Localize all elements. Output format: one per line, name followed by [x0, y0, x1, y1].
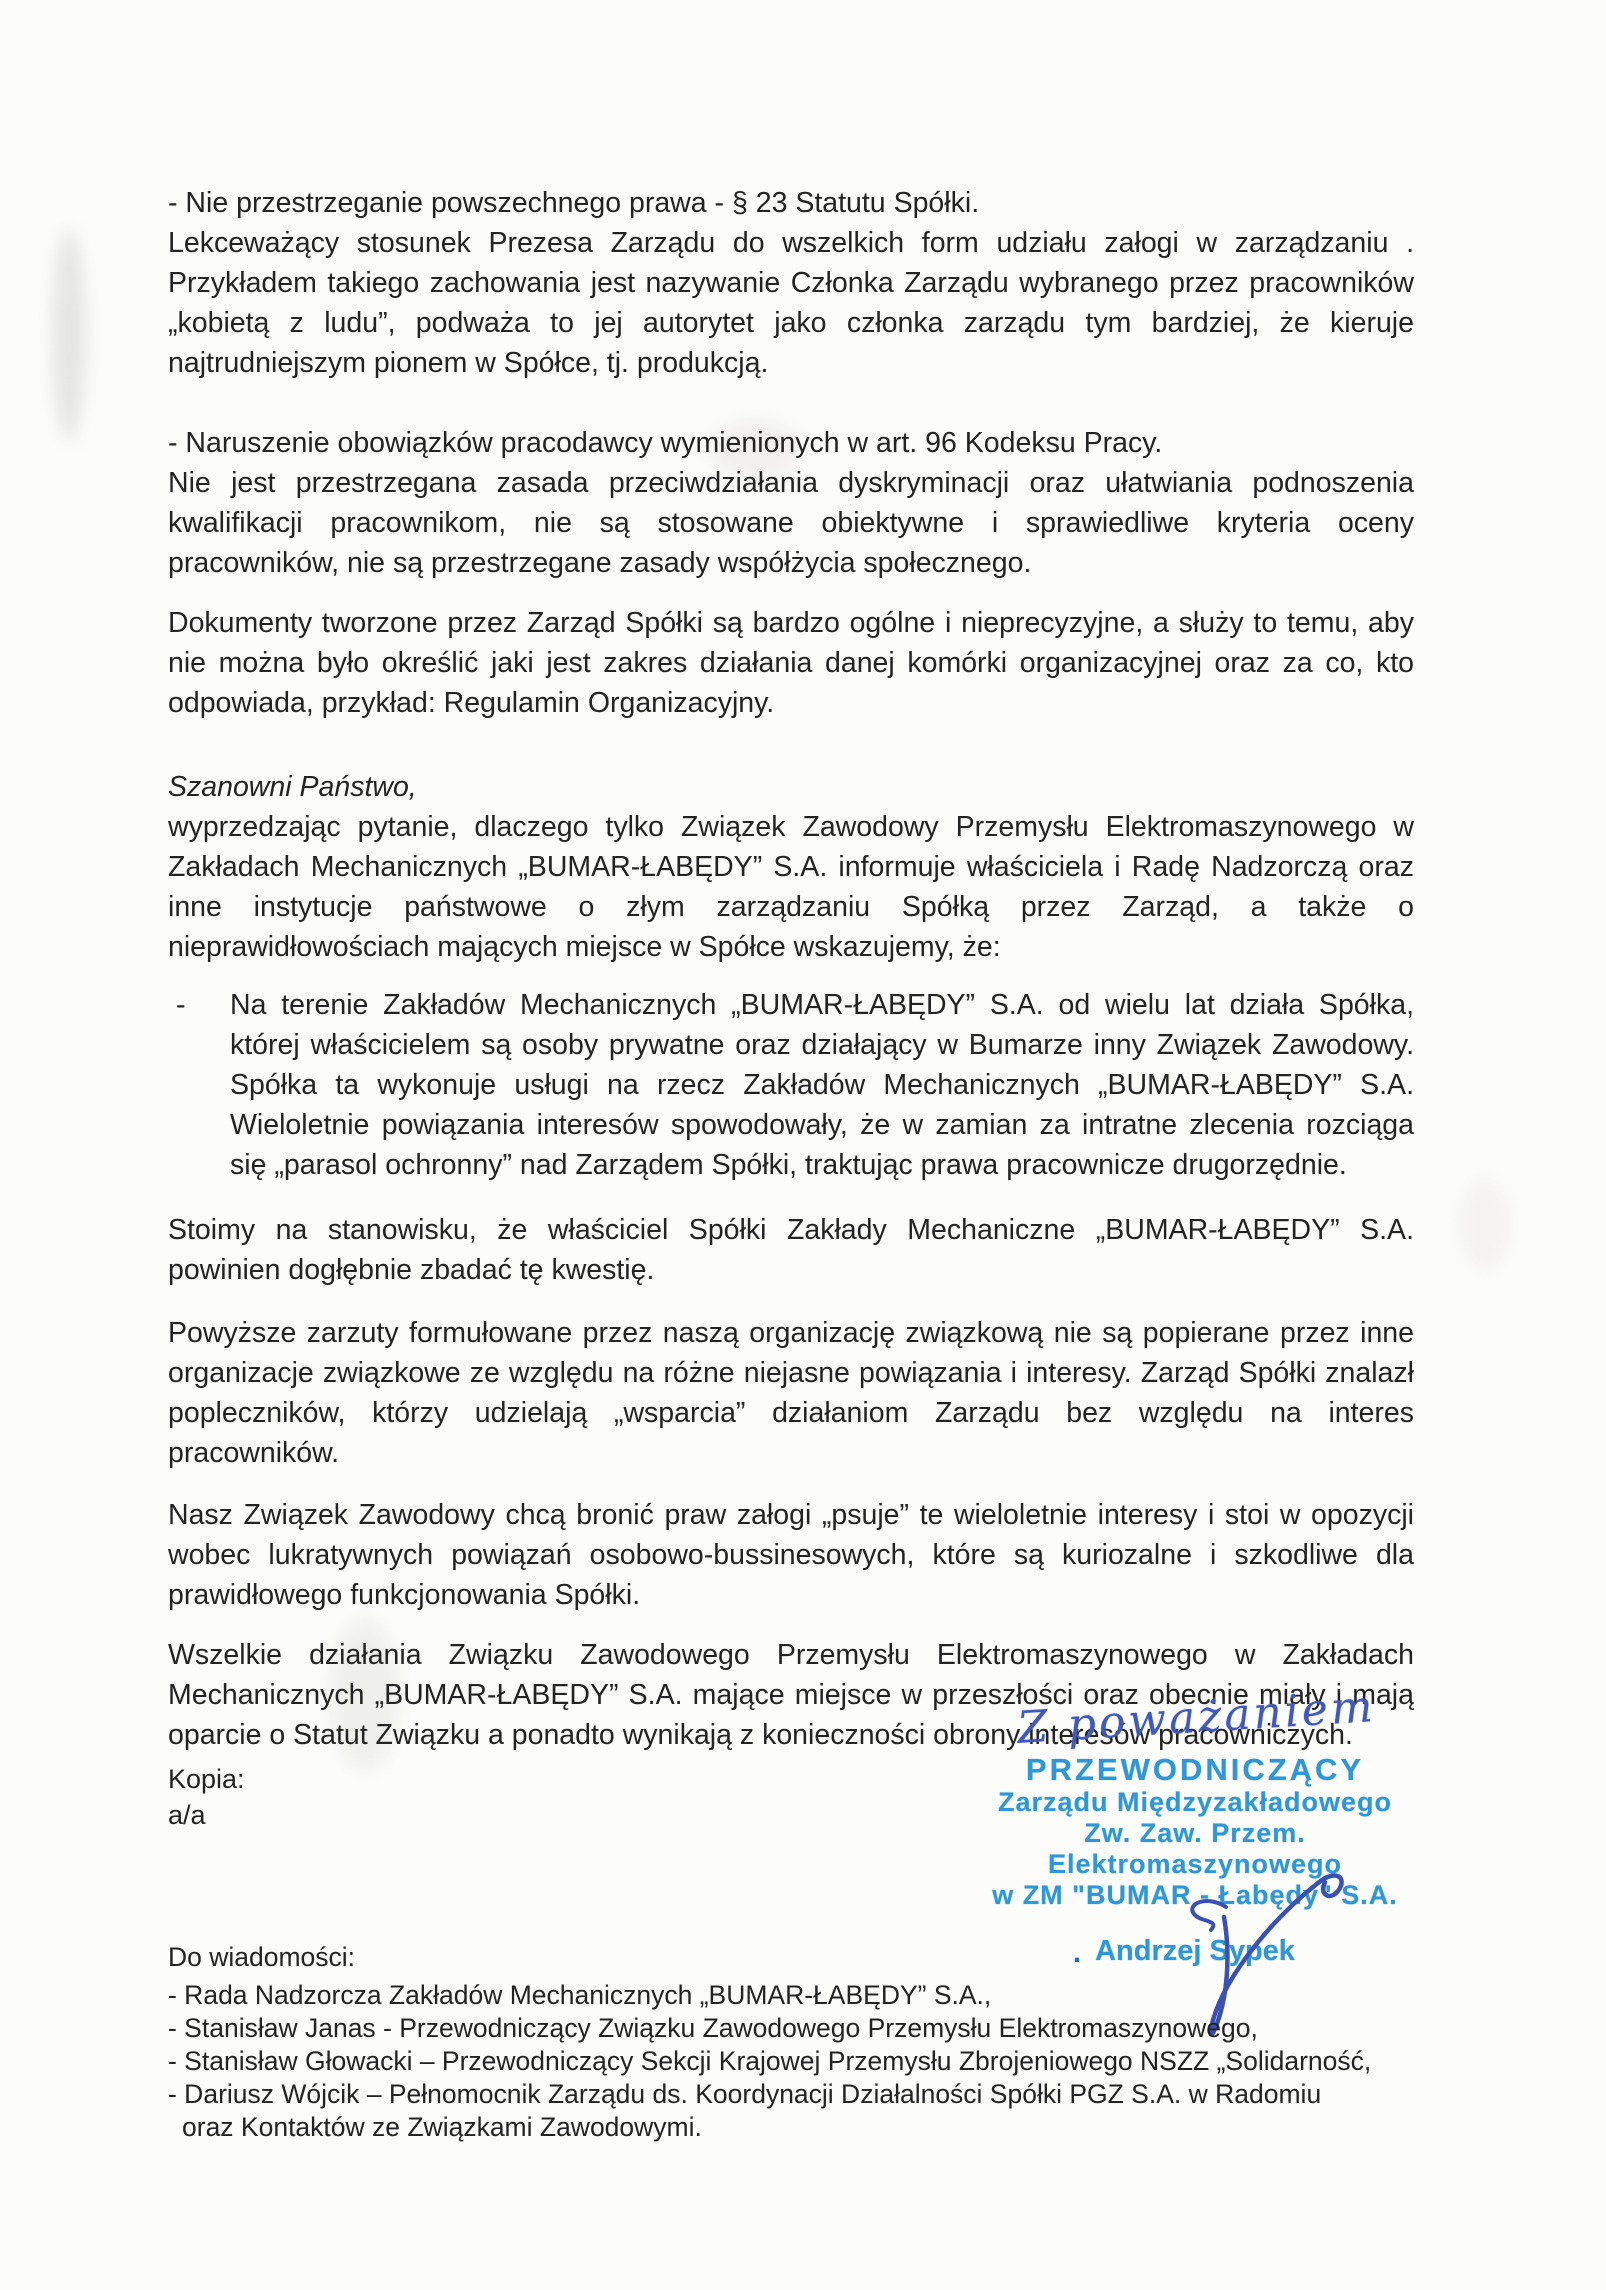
distribution-item: - Rada Nadzorcza Zakładów Mechanicznych …: [168, 1979, 1438, 2012]
paragraph-charges-not-supported: Powyższe zarzuty formułowane przez naszą…: [168, 1313, 1414, 1473]
charge-line-labor-code: - Naruszenie obowiązków pracodawcy wymie…: [168, 423, 1414, 463]
distribution-item: - Stanisław Głowacki – Przewodniczący Se…: [168, 2045, 1438, 2078]
stamp-title: PRZEWODNICZĄCY: [955, 1753, 1435, 1787]
paragraph-preempting-question: wyprzedzając pytanie, dlaczego tylko Zwi…: [168, 807, 1414, 967]
scan-smudge: [52, 230, 86, 440]
distribution-list: Do wiadomości: - Rada Nadzorcza Zakładów…: [168, 1941, 1438, 2144]
bullet-dash: -: [176, 985, 186, 1025]
paragraph-union-opposes: Nasz Związek Zawodowy chcą bronić praw z…: [168, 1495, 1414, 1615]
stamp-org-line: Zw. Zaw. Przem. Elektromaszynowego: [955, 1818, 1435, 1880]
distribution-item: - Stanisław Janas - Przewodniczący Związ…: [168, 2012, 1438, 2045]
signature-block: Z poważaniem PRZEWODNICZĄCY Zarządu Międ…: [955, 1692, 1435, 1968]
handwritten-closing: Z poważaniem: [1016, 1681, 1377, 1754]
letter-body: - Nie przestrzeganie powszechnego prawa …: [168, 183, 1414, 1833]
scan-smudge: [1460, 1180, 1510, 1270]
scanned-letter-page: - Nie przestrzeganie powszechnego prawa …: [0, 0, 1606, 2290]
bullet-item-private-company: - Na terenie Zakładów Mechanicznych „BUM…: [168, 985, 1414, 1185]
charge-line-statute: - Nie przestrzeganie powszechnego prawa …: [168, 183, 1414, 223]
stamp-org-line: w ZM "BUMAR - Łabędy" S.A.: [955, 1880, 1435, 1911]
paragraph-discrimination: Nie jest przestrzegana zasada przeciwdzi…: [168, 463, 1414, 583]
distribution-heading: Do wiadomości:: [168, 1941, 1438, 1974]
stamp-org-line: Zarządu Międzyzakładowego: [955, 1787, 1435, 1818]
distribution-item-continuation: oraz Kontaktów ze Związkami Zawodowymi.: [168, 2111, 1438, 2144]
paragraph-president-attitude: Lekceważący stosunek Prezesa Zarządu do …: [168, 223, 1414, 383]
official-stamp: PRZEWODNICZĄCY Zarządu Międzyzakładowego…: [955, 1753, 1435, 1911]
paragraph-owner-should-investigate: Stoimy na stanowisku, że właściciel Spół…: [168, 1210, 1414, 1290]
salutation: Szanowni Państwo,: [168, 767, 1414, 807]
paragraph-vague-documents: Dokumenty tworzone przez Zarząd Spółki s…: [168, 603, 1414, 723]
distribution-item: - Dariusz Wójcik – Pełnomocnik Zarządu d…: [168, 2078, 1438, 2111]
bullet-text: Na terenie Zakładów Mechanicznych „BUMAR…: [230, 989, 1414, 1181]
